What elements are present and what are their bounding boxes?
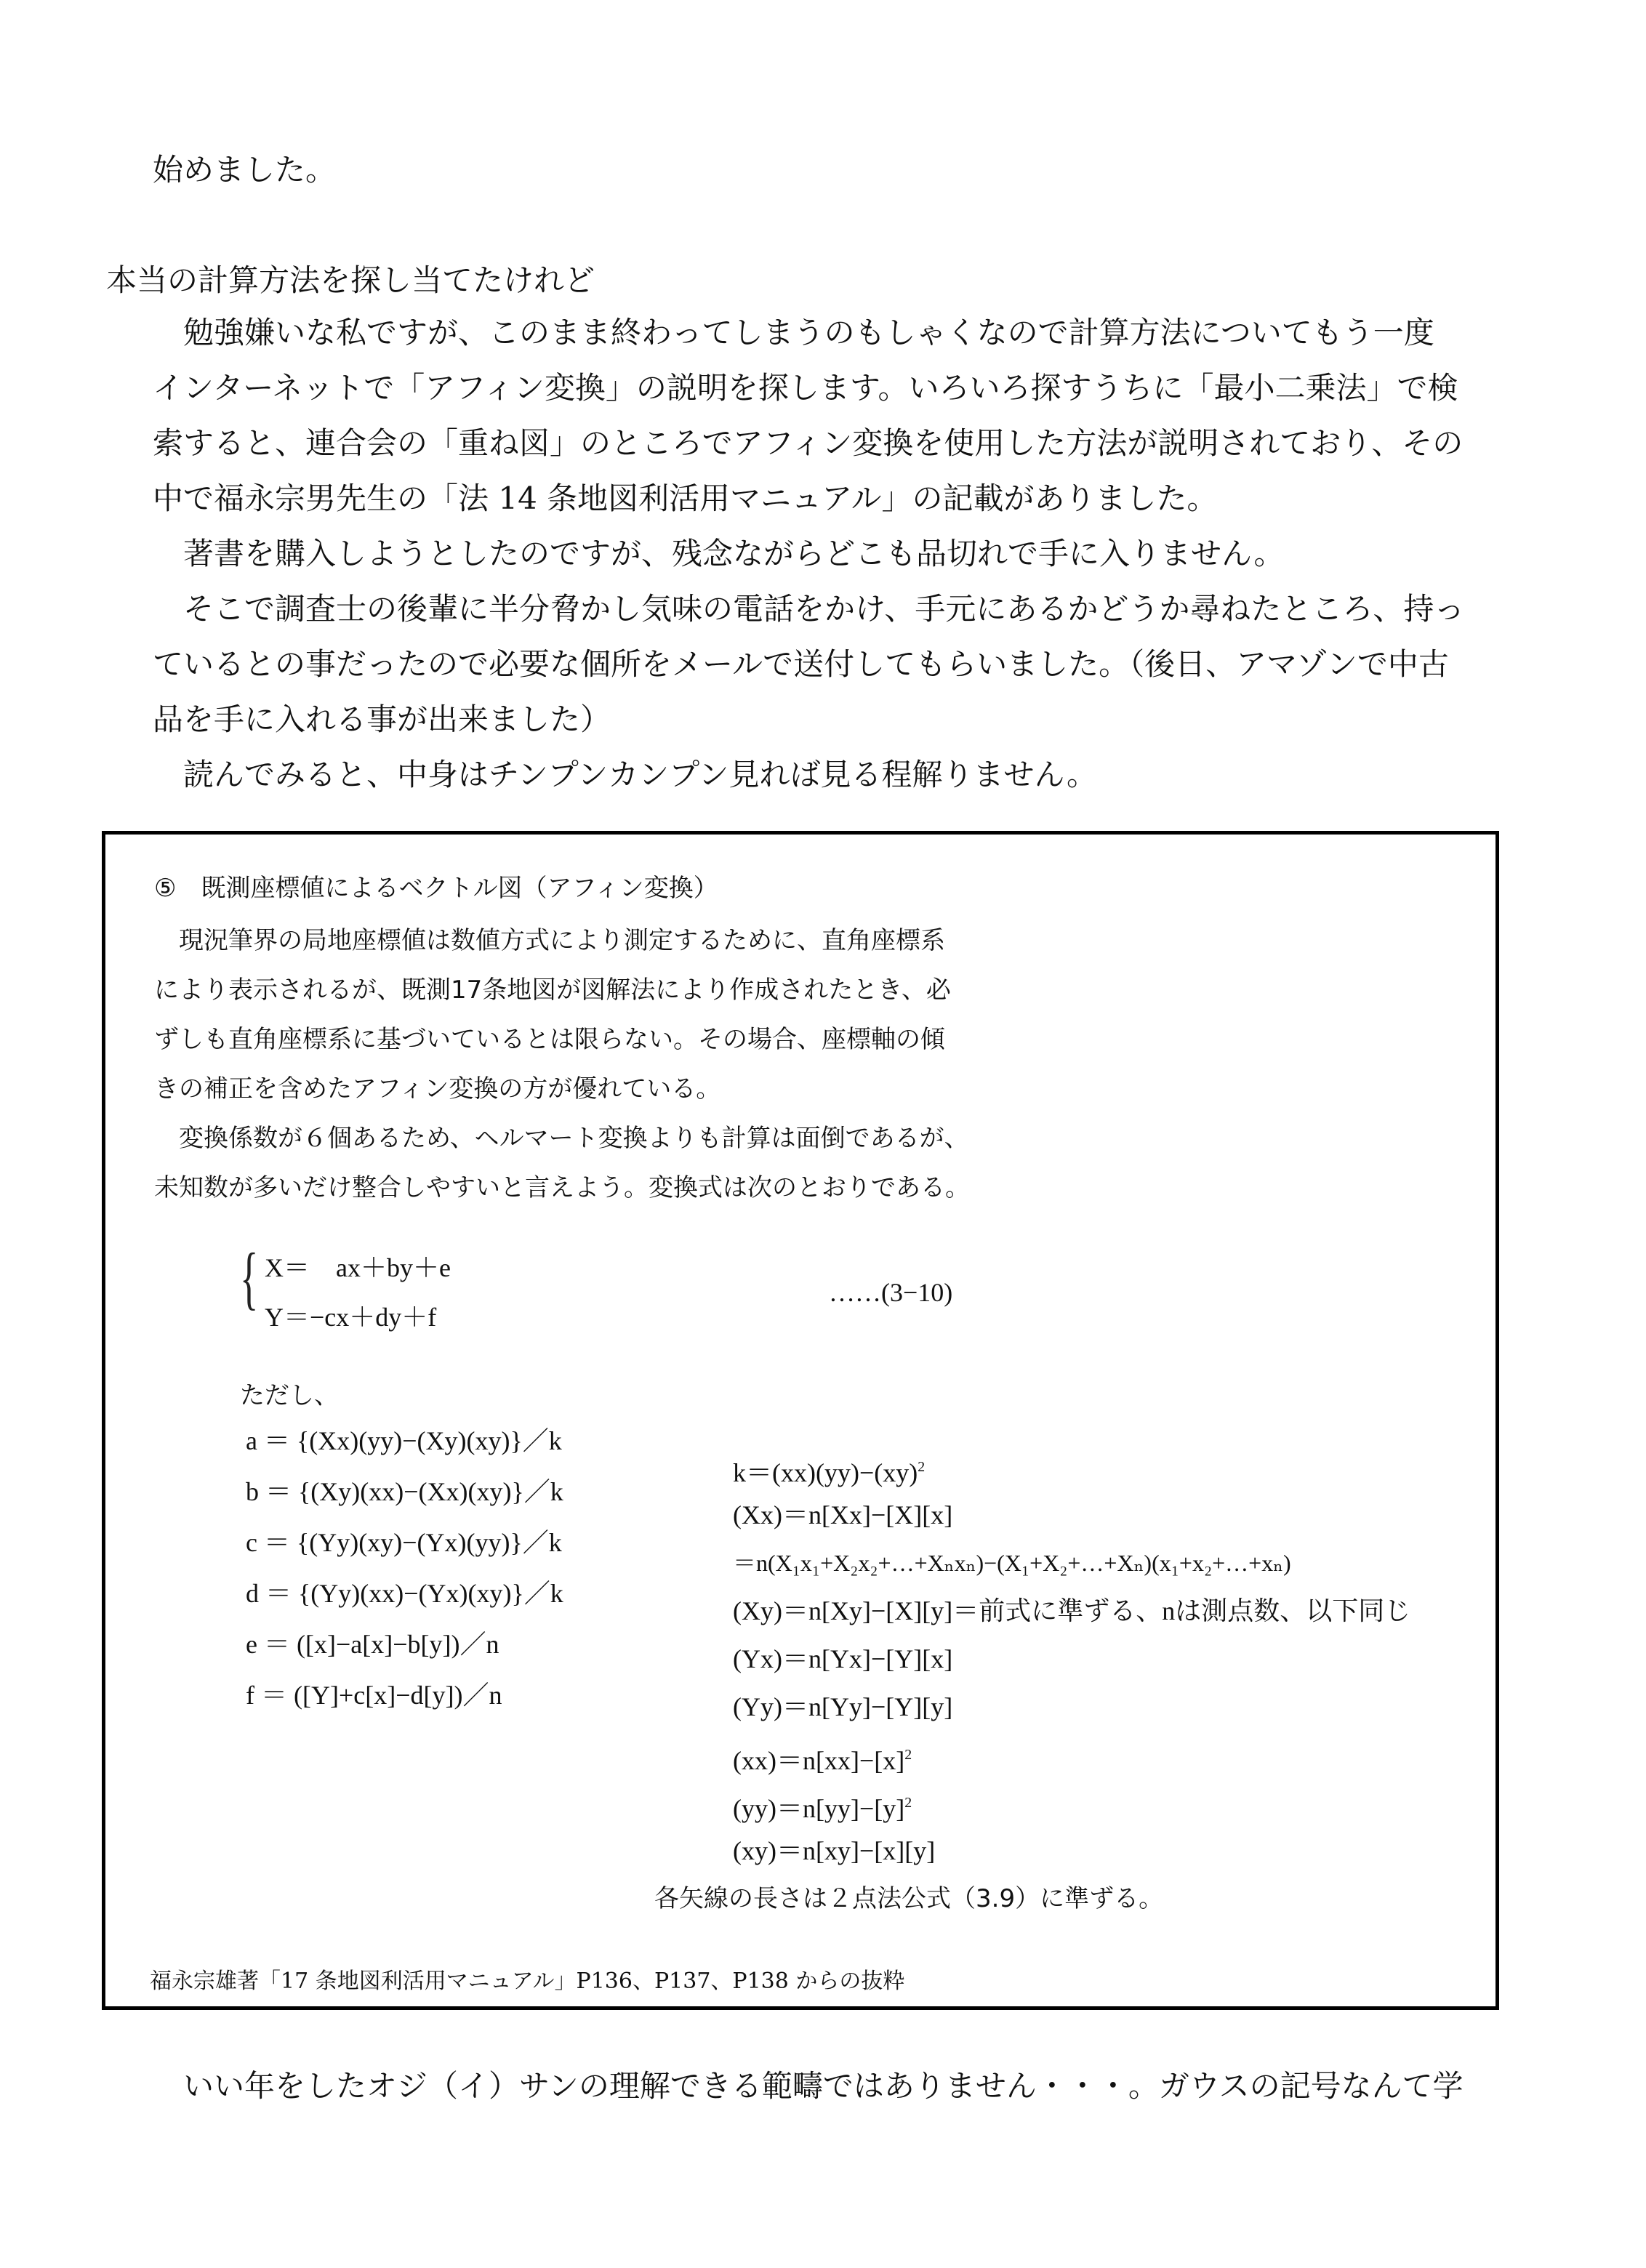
vector-length-note: 各矢線の長さは２点法公式（3.9）に準ずる。 — [654, 1883, 1163, 1915]
coefficient-c: c ＝ {(Yy)(xy)−(Yx)(yy)}／k — [246, 1527, 562, 1559]
sum-text: (xx)＝n[xx]−[x] — [733, 1746, 904, 1775]
provided-label: ただし、 — [240, 1380, 339, 1412]
sum-exponent: 2 — [904, 1747, 912, 1763]
excerpt-text-line-3: ずしも直角座標系に基づいているとは限らない。その場合、座標軸の傾 — [154, 1024, 945, 1055]
sum-xy-upper: (Xy)＝n[Xy]−[X][y]＝前式に準ずる、nは測点数、以下同じ — [733, 1595, 1410, 1627]
sum-yy-upper: (Yy)＝n[Yy]−[Y][y] — [733, 1691, 952, 1723]
excerpt-text-line-2: により表示されるが、既測17条地図が図解法により作成されたとき、必 — [154, 974, 951, 1006]
sum-xy-lower: (xy)＝n[xy]−[x][y] — [733, 1835, 935, 1867]
source-caption: 福永宗雄著「17 条地図利活用マニュアル」P136、P137、P138 からの抜… — [150, 1967, 904, 1996]
sum-text: (Xy)＝n[Xy]−[X][y]＝前式に準ずる、nは測点数、以下同じ — [733, 1596, 1410, 1625]
excerpt-text-line-5: 変換係数が６個あるため、ヘルマート変換よりも計算は面倒であるが、 — [154, 1122, 969, 1154]
sum-text: (Yy)＝n[Yy]−[Y][y] — [733, 1692, 952, 1721]
coefficient-d: d ＝ {(Yy)(xx)−(Yx)(xy)}／k — [246, 1577, 563, 1609]
coefficient-a: a ＝ {(Xx)(yy)−(Xy)(xy)}／k — [246, 1425, 562, 1457]
sum-yy-lower: (yy)＝n[yy]−[y]2 — [733, 1787, 912, 1825]
k-definition-text: k＝(xx)(yy)−(xy) — [733, 1458, 918, 1487]
equation-number: ……(3−10) — [829, 1276, 952, 1308]
paragraph-3-line-3: 品を手に入れる事が出来ました） — [153, 699, 611, 740]
excerpt-box — [102, 831, 1499, 2010]
paragraph-2: 著書を購入しようとしたのですが、残念ながらどこも品切れで手に入りません。 — [153, 534, 1285, 574]
sum-text: (xy)＝n[xy]−[x][y] — [733, 1836, 935, 1865]
excerpt-text-line-4: きの補正を含めたアフィン変換の方が優れている。 — [154, 1073, 720, 1105]
excerpt-text-line-1: 現況筆界の局地座標値は数値方式により測定するために、直角座標系 — [154, 925, 945, 957]
sum-text: ＝n(X₁x₁+X₂x₂+…+Xₙxₙ)−(X₁+X₂+…+Xₙ)(x₁+x₂+… — [733, 1550, 1291, 1576]
excerpt-text-line-6: 未知数が多いだけ整合しやすいと言えよう。変換式は次のとおりである。 — [154, 1172, 970, 1204]
k-definition: k＝(xx)(yy)−(xy)2 — [733, 1451, 925, 1489]
left-brace-icon: { — [240, 1243, 258, 1313]
sum-xx-upper: (Xx)＝n[Xx]−[X][x] — [733, 1499, 952, 1531]
sum-exponent: 2 — [904, 1795, 912, 1811]
sum-xx-lower: (xx)＝n[xx]−[x]2 — [733, 1739, 912, 1777]
paragraph-3-line-1: そこで調査士の後輩に半分脅かし気味の電話をかけ、手元にあるかどうか尋ねたところ、… — [153, 589, 1464, 630]
intro-line: 始めました。 — [153, 150, 336, 190]
equation-x: X＝ ax＋by＋e — [265, 1252, 451, 1284]
sum-expansion: ＝n(X₁x₁+X₂x₂+…+Xₙxₙ)−(X₁+X₂+…+Xₙ)(x₁+x₂+… — [733, 1547, 1291, 1579]
sum-text: (Xx)＝n[Xx]−[X][x] — [733, 1500, 952, 1529]
paragraph-1-line-4: 中で福永宗男先生の「法 14 条地図利活用マニュアル」の記載がありました。 — [153, 478, 1217, 519]
paragraph-4: 読んでみると、中身はチンプンカンプン見れば見る程解りません。 — [153, 755, 1097, 795]
sum-text: (Yx)＝n[Yx]−[Y][x] — [733, 1644, 952, 1673]
section-heading: 本当の計算方法を探し当てたけれど — [106, 260, 595, 301]
closing-line: いい年をしたオジ（イ）サンの理解できる範疇ではありません・・・。ガウスの記号なん… — [153, 2066, 1464, 2107]
coefficient-e: e ＝ ([x]−a[x]−b[y])／n — [246, 1628, 499, 1660]
paragraph-3-line-2: ているとの事だったので必要な個所をメールで送付してもらいました。（後日、アマゾン… — [153, 644, 1449, 685]
sum-text: (yy)＝n[yy]−[y] — [733, 1794, 904, 1823]
coefficient-f: f ＝ ([Y]+c[x]−d[y])／n — [246, 1679, 502, 1711]
paragraph-1-line-1: 勉強嫌いな私ですが、このまま終わってしまうのもしゃくなので計算方法についてもう一… — [153, 313, 1434, 353]
paragraph-1-line-3: 索すると、連合会の「重ね図」のところでアフィン変換を使用した方法が説明されており… — [153, 423, 1463, 464]
coefficient-b: b ＝ {(Xy)(xx)−(Xx)(xy)}／k — [246, 1476, 563, 1508]
k-exponent: 2 — [918, 1459, 925, 1475]
sum-yx-upper: (Yx)＝n[Yx]−[Y][x] — [733, 1643, 952, 1675]
paragraph-1-line-2: インターネットで「アフィン変換」の説明を探します。いろいろ探すうちに「最小二乗法… — [153, 368, 1458, 409]
equation-y: Y＝−cx＋dy＋f — [265, 1301, 436, 1333]
excerpt-title: ⑤ 既測座標値によるベクトル図（アフィン変換） — [154, 872, 718, 904]
